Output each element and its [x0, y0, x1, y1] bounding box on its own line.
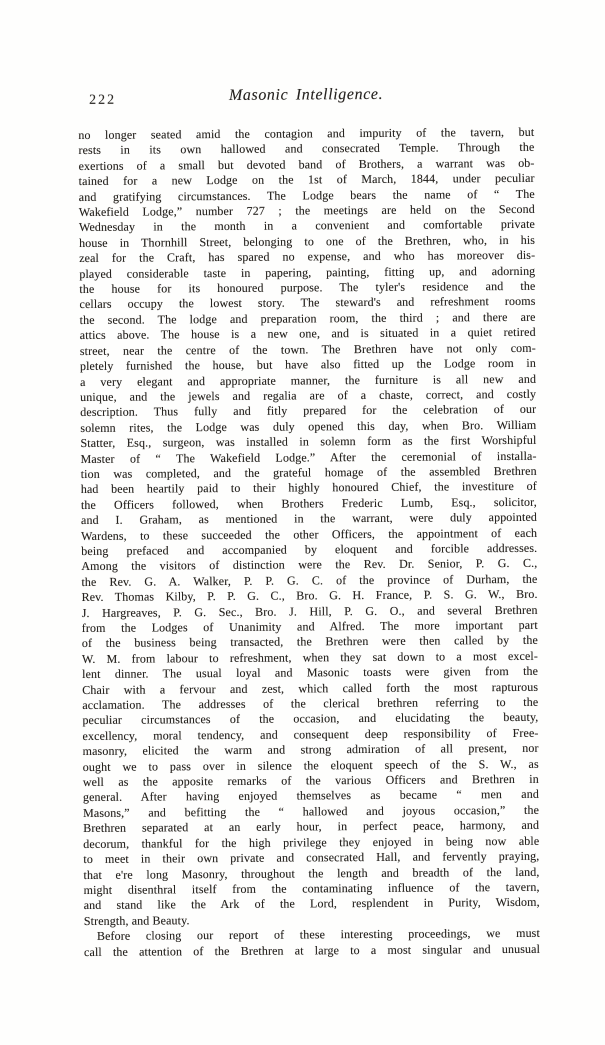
- scanned-book-page: 222 Masonic Intelligence. no longer seat…: [0, 0, 605, 1045]
- page-header: 222 Masonic Intelligence.: [78, 85, 534, 128]
- text-line: and stand like the Ark of the Lord, resp…: [84, 895, 540, 914]
- text-line: call the attention of the Brethren at la…: [84, 941, 540, 960]
- page-content: 222 Masonic Intelligence. no longer seat…: [78, 85, 540, 960]
- article-text: no longer seated amid the contagion and …: [78, 125, 540, 960]
- running-title: Masonic Intelligence.: [78, 85, 534, 106]
